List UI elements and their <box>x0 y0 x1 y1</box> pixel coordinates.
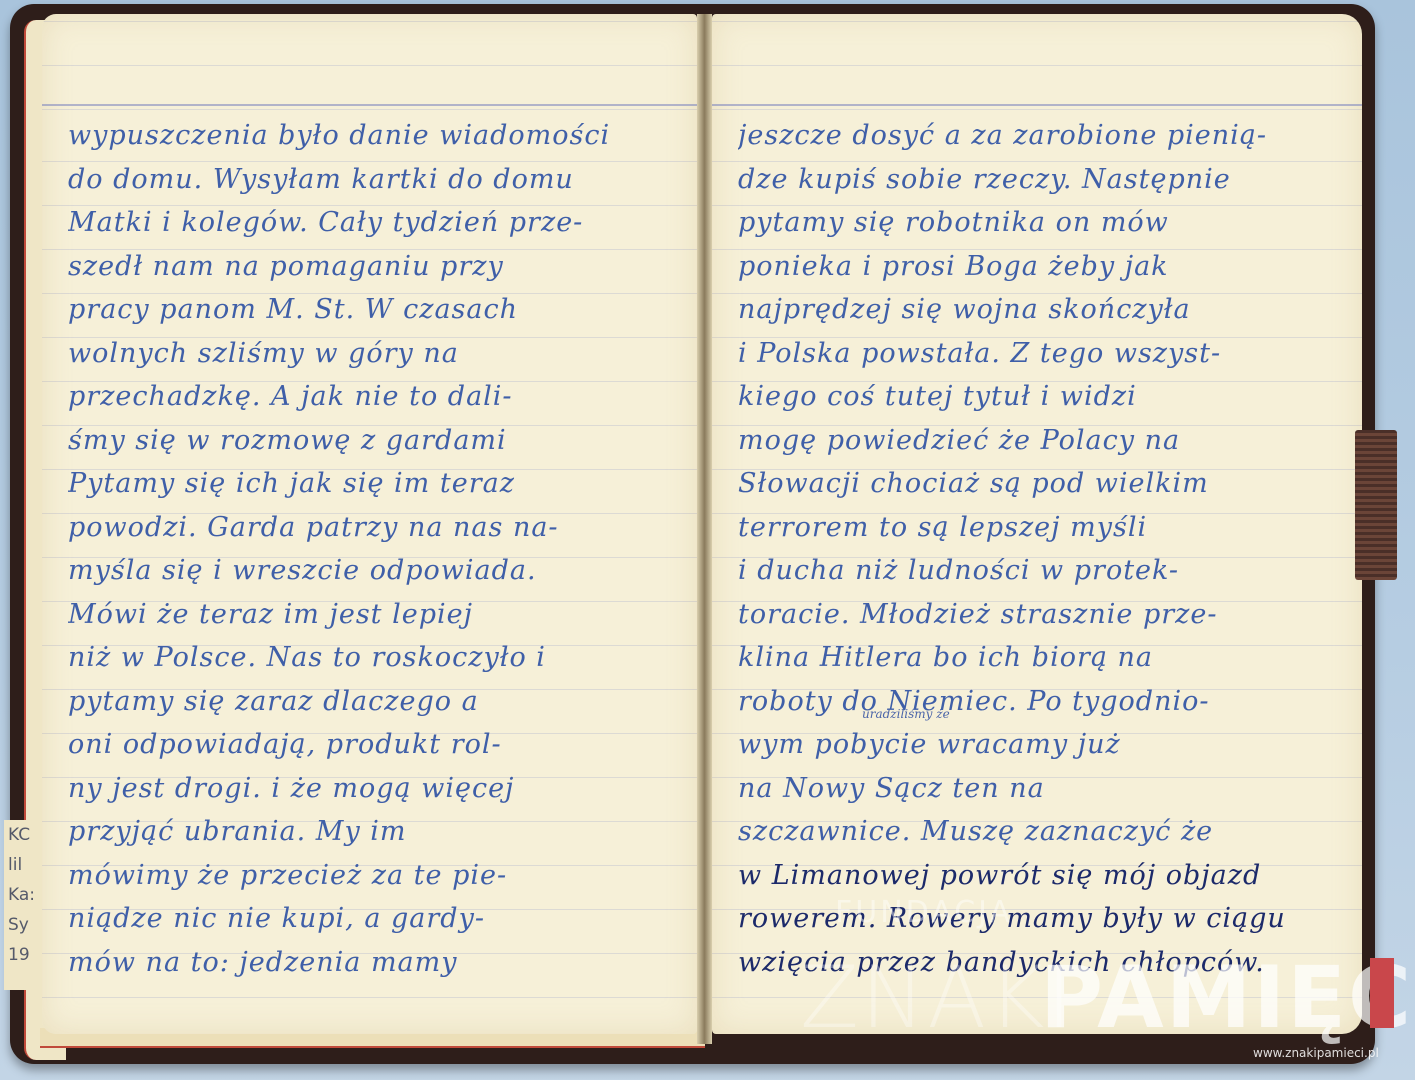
text-line: ponieka i prosi Boga żeby jak <box>738 245 1346 289</box>
margin-note: Sy <box>8 910 42 940</box>
text-line: niż w Polsce. Nas to roskoczyło i <box>68 636 681 680</box>
text-line: Słowacji chociaż są pod wielkim <box>738 462 1346 506</box>
text-line: pytamy się robotnika on mów <box>738 201 1346 245</box>
text-line: pytamy się zaraz dlaczego a <box>68 680 681 724</box>
watermark-name-bold: PAMIĘCI <box>1040 948 1415 1048</box>
watermark-foundation: FUNDACJA <box>835 895 1013 930</box>
text-line: Mówi że teraz im jest lepiej <box>68 593 681 637</box>
watermark-url: www.znakipamieci.pl <box>1253 1046 1379 1060</box>
text-line: na Nowy Sącz ten na <box>738 767 1346 811</box>
text-line: szedł nam na pomaganiu przy <box>68 245 681 289</box>
text-line: wypuszczenia było danie wiadomości <box>68 114 681 158</box>
text-line: wolnych szliśmy w góry na <box>68 332 681 376</box>
text-line: kiego coś tutej tytuł i widzi <box>738 375 1346 419</box>
text-line: dze kupiś sobie rzeczy. Następnie <box>738 158 1346 202</box>
fabric-bookmark <box>1355 430 1397 580</box>
text-line: myśla się i wreszcie odpowiada. <box>68 549 681 593</box>
text-line: Matki i kolegów. Cały tydzień prze- <box>68 201 681 245</box>
text-line: w Limanowej powrót się mój objazd <box>738 854 1346 898</box>
text-line: terrorem to są lepszej myśli <box>738 506 1346 550</box>
watermark-name-light: ZNAKI <box>800 948 1074 1048</box>
right-page: jeszcze dosyć a za zarobione pienią- dze… <box>712 14 1362 1034</box>
text-line: i ducha niż ludności w protek- <box>738 549 1346 593</box>
text-line: rowerem. Rowery mamy były w ciągu <box>738 897 1346 941</box>
text-line: przechadzkę. A jak nie to dali- <box>68 375 681 419</box>
notebook-spine <box>697 14 712 1044</box>
text-line: i Polska powstała. Z tego wszyst- <box>738 332 1346 376</box>
text-line: powodzi. Garda patrzy na nas na- <box>68 506 681 550</box>
top-rule <box>42 104 697 106</box>
interlinear-note: uradziliśmy że <box>862 707 950 721</box>
text-line: Pytamy się ich jak się im teraz <box>68 462 681 506</box>
top-rule <box>712 104 1362 106</box>
margin-note: Ka: <box>8 880 42 910</box>
text-line: oni odpowiadają, produkt rol- <box>68 723 681 767</box>
text-line: najprędzej się wojna skończyła <box>738 288 1346 332</box>
margin-notes: KC lil Ka: Sy 19 <box>4 820 42 990</box>
watermark-accent-bar <box>1370 958 1394 1028</box>
text-line: szczawnice. Muszę zaznaczyć że <box>738 810 1346 854</box>
text-line: przyjąć ubrania. My im <box>68 810 681 854</box>
text-line: roboty do Niemiec. Po tygodnio- <box>738 680 1346 724</box>
text-line: klina Hitlera bo ich biorą na <box>738 636 1346 680</box>
text-line: śmy się w rozmowę z gardami <box>68 419 681 463</box>
text-line: toracie. Młodzież strasznie prze- <box>738 593 1346 637</box>
margin-note: 19 <box>8 940 42 970</box>
text-line: niądze nic nie kupi, a gardy- <box>68 897 681 941</box>
text-line: mogę powiedzieć że Polacy na <box>738 419 1346 463</box>
text-line: mówimy że przecież za te pie- <box>68 854 681 898</box>
text-line: pracy panom M. St. W czasach <box>68 288 681 332</box>
left-page-text: wypuszczenia było danie wiadomości do do… <box>68 114 681 984</box>
margin-note: lil <box>8 850 42 880</box>
text-line: mów na to: jedzenia mamy <box>68 941 681 985</box>
text-line: jeszcze dosyć a za zarobione pienią- <box>738 114 1346 158</box>
left-page: wypuszczenia było danie wiadomości do do… <box>42 14 697 1034</box>
text-line: wym pobycie wracamy już <box>738 723 1346 767</box>
text-line: do domu. Wysyłam kartki do domu <box>68 158 681 202</box>
right-page-text: jeszcze dosyć a za zarobione pienią- dze… <box>738 114 1346 984</box>
text-line: ny jest drogi. i że mogą więcej <box>68 767 681 811</box>
margin-note: KC <box>8 820 42 850</box>
